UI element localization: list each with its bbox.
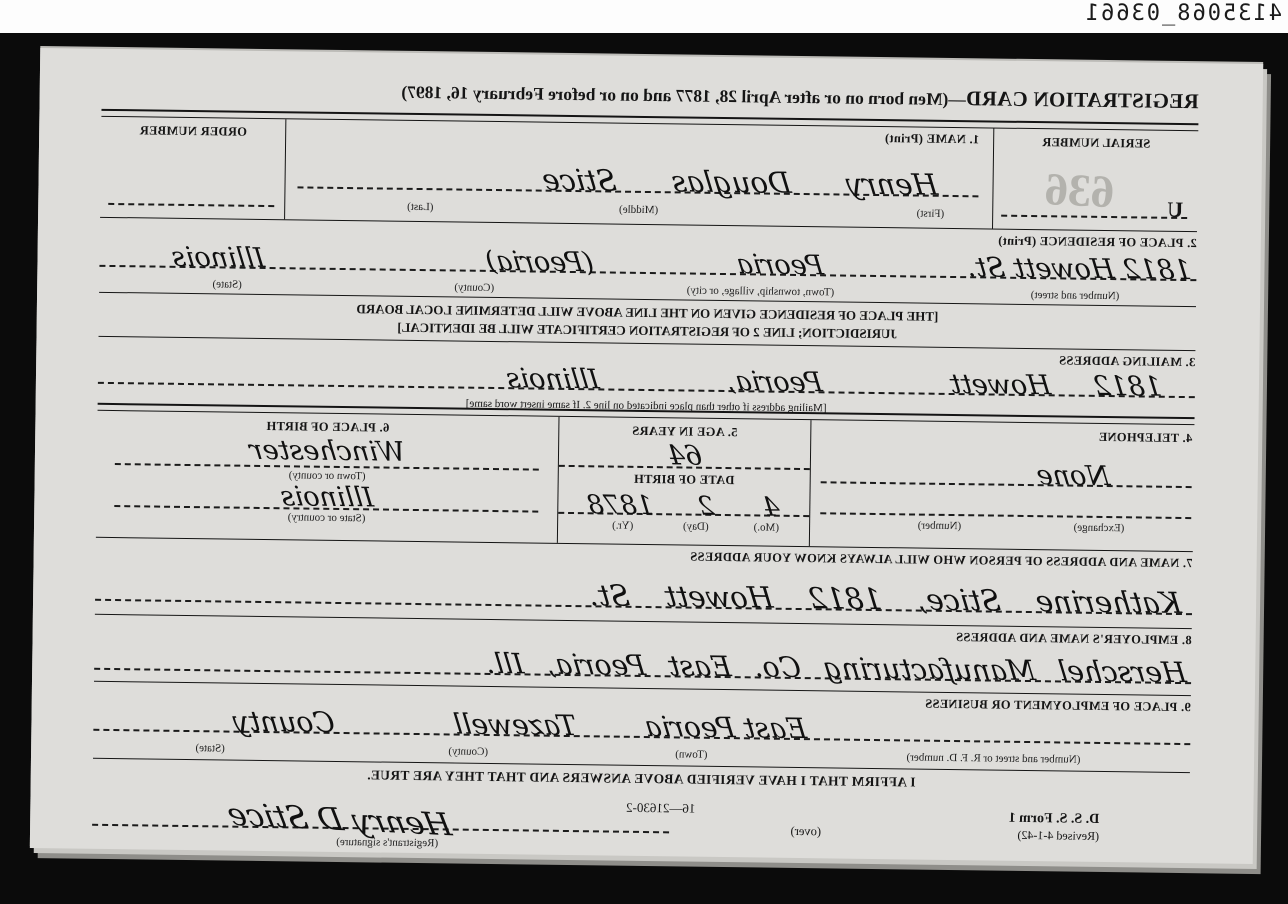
telephone-age-birth-row: 4. TELEPHONE None (Exchange) (Number) 5.… <box>96 411 1195 552</box>
employer-label: 8. EMPLOYER'S NAME AND ADDRESS <box>956 630 1192 647</box>
name-write-line: Henry Douglas Stice <box>297 139 979 204</box>
residence-sublabel-county: (County) <box>454 281 494 294</box>
serial-number-stamp: 636 <box>1043 162 1114 218</box>
telephone-label: 4. TELEPHONE <box>1099 430 1193 445</box>
age-label: 5. AGE IN YEARS <box>632 424 738 439</box>
telephone-dotted-line-2 <box>820 512 1191 519</box>
dob-sublabel-day: (Day) <box>683 520 709 532</box>
birthplace-state-value: Illinois <box>279 481 375 513</box>
residence-town: Peoria <box>735 249 825 281</box>
name-label: 1. NAME (Print) <box>885 131 980 146</box>
birthplace-field: 6. PLACE OF BIRTH Winchester (Town or co… <box>96 411 558 543</box>
form-id-line2: (Revised 4-1-42) <box>1008 828 1099 844</box>
residence-sublabel-state: (State) <box>212 278 241 290</box>
telephone-second-line: (Exchange) (Number) <box>820 490 1191 535</box>
scanned-document-page: 4135068_03661 REGISTRATION CARD—(Men bor… <box>0 0 1288 904</box>
employment-label: 9. PLACE OF EMPLOYMENT OR BUSINESS <box>925 697 1191 714</box>
dob-sublabel-year: (Yr.) <box>612 520 633 532</box>
telephone-field: 4. TELEPHONE None (Exchange) (Number) <box>809 420 1195 551</box>
name-sublabel-middle: (Middle) <box>619 204 658 217</box>
employment-state: County <box>232 705 337 739</box>
employment-sublabel-town: (Town) <box>675 748 707 760</box>
form-identifier: D. S. S. Form 1 (Revised 4-1-42) <box>1008 811 1099 843</box>
mailing-address-label: 3. MAILING ADDRESS <box>1059 353 1195 369</box>
birthplace-state-line: Illinois <box>96 479 557 515</box>
card-title-main: REGISTRATION CARD <box>966 86 1199 113</box>
residence-sublabel-street: (Number and street) <box>1031 289 1120 302</box>
age-dob-field: 5. AGE IN YEARS 64 DATE OF BIRTH 4 2 187… <box>557 417 811 546</box>
name-field: 1. NAME (Print) Henry Douglas Stice (Fir… <box>285 119 993 228</box>
telephone-value: None <box>1035 460 1112 492</box>
employment-sublabel-county: (County) <box>448 745 488 758</box>
bottom-row: D. S. S. Form 1 (Revised 4-1-42) 16—2163… <box>92 785 1190 871</box>
card-title-paren: —(Men born on or after April 28, 1877 an… <box>401 82 966 109</box>
serial-prefix: U <box>1167 197 1183 223</box>
dob-sublabels: (Mo.) (Day) (Yr.) <box>558 516 809 534</box>
employer-value: Herschel Manufacturing Co. East Peoria, … <box>483 647 1187 689</box>
signature-sublabel: (Registrant's signature) <box>336 836 438 849</box>
name-sublabel-last: (Last) <box>407 201 433 213</box>
order-dotted-line <box>108 203 274 207</box>
mirrored-scan-wrapper: 4135068_03661 REGISTRATION CARD—(Men bor… <box>0 0 1288 904</box>
telephone-dotted-line <box>821 481 1192 488</box>
employment-sublabel-street: (Number and street or R. F. D. number) <box>906 751 1080 765</box>
registration-card: REGISTRATION CARD—(Men born on or after … <box>30 48 1263 864</box>
residence-number-street: 1812 Howett St. <box>965 252 1193 286</box>
age-write-line: 64 <box>559 439 811 472</box>
residence-label: 2. PLACE OF RESIDENCE (Print) <box>998 234 1197 251</box>
employment-sublabel-state: (State) <box>195 742 224 754</box>
order-number-label: ORDER NUMBER <box>139 123 247 138</box>
top-row: SERIAL NUMBER 636 U 1. NAME (Print) Henr… <box>100 117 1198 232</box>
residence-state: Illinois <box>170 242 266 274</box>
over-label: (over) <box>790 824 821 839</box>
name-value: Henry Douglas Stice <box>540 163 939 202</box>
birthplace-town-value: Winchester <box>248 435 407 468</box>
order-number-box: ORDER NUMBER <box>100 117 286 219</box>
age-value: 64 <box>666 440 704 471</box>
employment-field: 9. PLACE OF EMPLOYMENT OR BUSINESS East … <box>93 682 1191 773</box>
dob-sublabel-month: (Mo.) <box>754 521 780 533</box>
serial-number-label: SERIAL NUMBER <box>1042 135 1151 150</box>
birthplace-town-line: Winchester <box>97 433 558 473</box>
name-sublabel-first: (First) <box>917 208 945 220</box>
serial-dotted-line <box>1001 215 1187 219</box>
dob-write-line: 4 2 1878 <box>558 486 810 519</box>
employment-county: Tazewell <box>451 707 578 742</box>
contact-field: 7. NAME AND ADDRESS OF PERSON WHO WILL A… <box>95 538 1193 629</box>
signature-field: Henry D Stice (Registrant's signature) <box>92 785 670 839</box>
mailing-value: 1812 Howett Peoria, Illinois <box>505 363 1164 403</box>
employment-town: East Peoria <box>643 710 808 745</box>
birthplace-label: 6. PLACE OF BIRTH <box>266 419 389 435</box>
contact-value: Katherine Stice, 1812 Howett St. <box>587 578 1183 620</box>
residence-county: (Peoria) <box>484 246 595 278</box>
mailing-address-field: 3. MAILING ADDRESS 1812 Howett Peoria, I… <box>98 337 1196 417</box>
residence-sublabel-town: (Town, township, village, or city) <box>687 285 835 299</box>
residence-field: 2. PLACE OF RESIDENCE (Print) 1812 Howet… <box>99 218 1197 307</box>
form-id-line1: D. S. S. Form 1 <box>1009 811 1100 829</box>
scan-id-number: 4135068_03661 <box>1084 1 1282 26</box>
scan-header-strip: 4135068_03661 <box>0 0 1288 33</box>
serial-number-box: SERIAL NUMBER 636 U <box>992 129 1198 232</box>
telephone-sublabel-number: (Number) <box>918 520 962 533</box>
telephone-sublabel-exchange: (Exchange) <box>1074 522 1125 535</box>
telephone-write-line: None <box>821 442 1193 495</box>
